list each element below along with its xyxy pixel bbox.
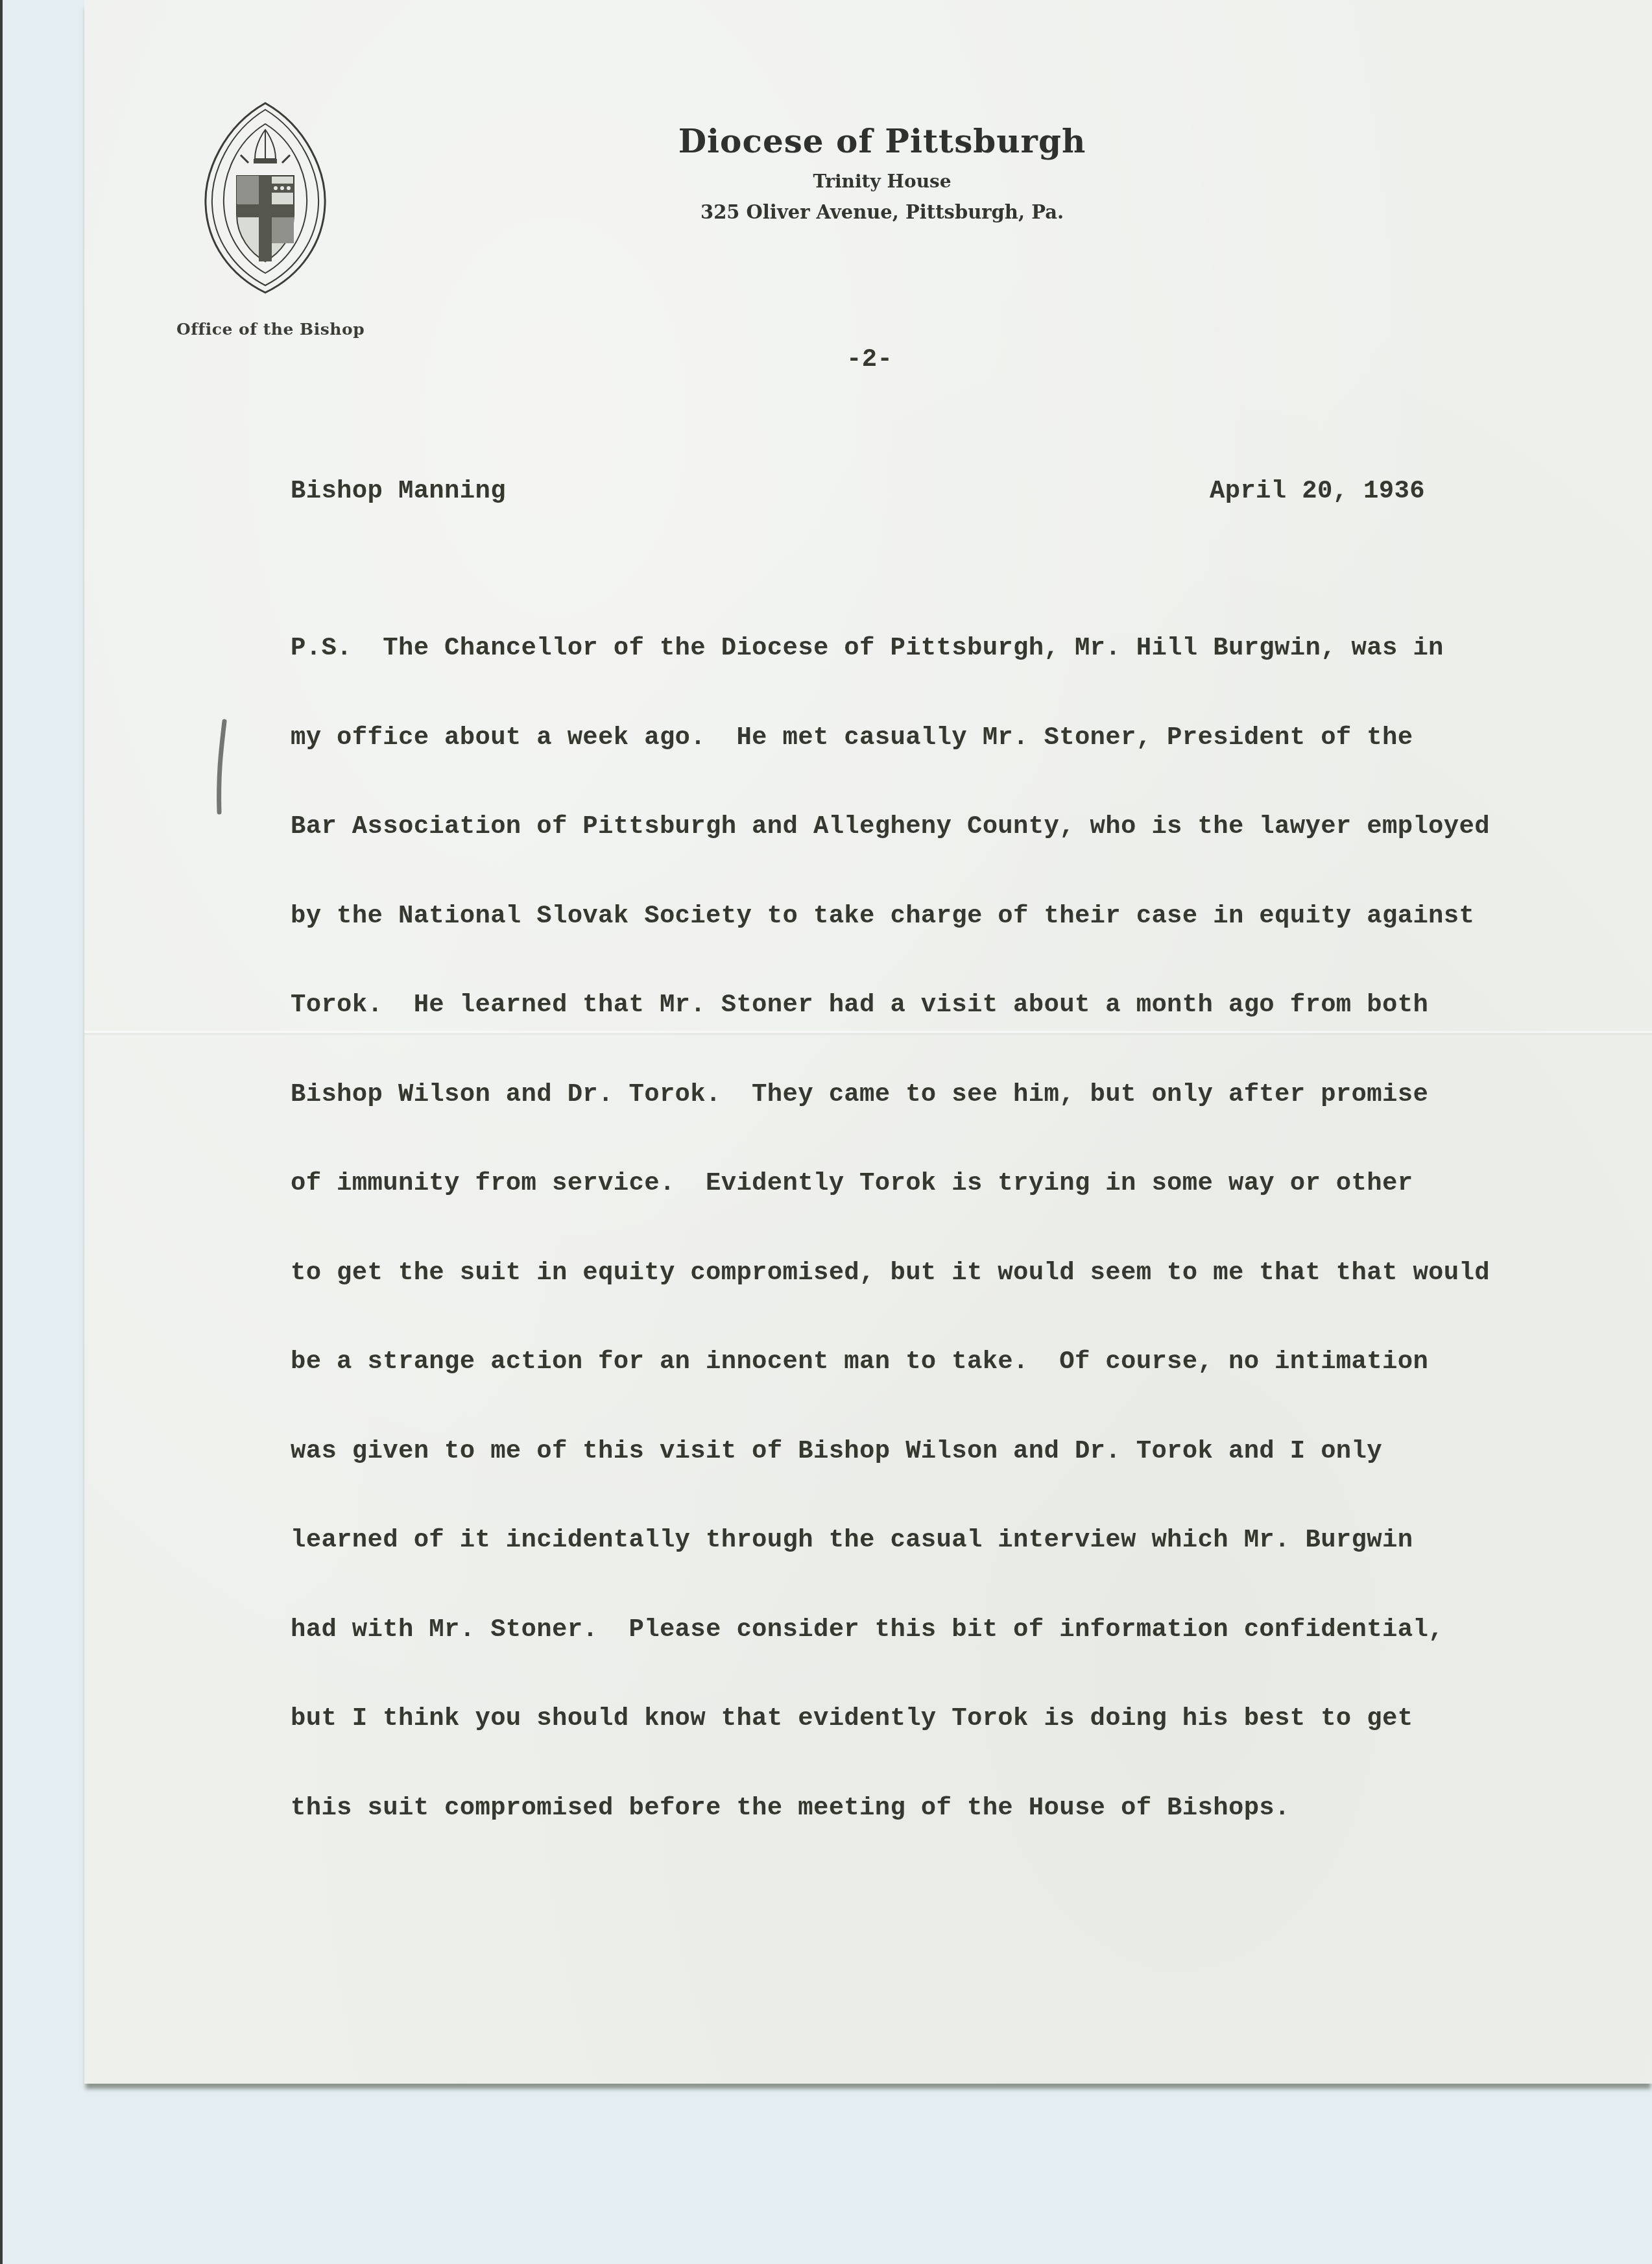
body-line: my office about a week ago. He met casua… [291,722,1490,754]
letter-date: April 20, 1936 [1210,477,1425,505]
office-of-bishop-label: Office of the Bishop [176,320,371,339]
letterhead-address: 325 Oliver Avenue, Pittsburgh, Pa. [649,201,1116,223]
pencil-margin-mark [211,719,231,816]
letter-body: P.S. The Chancellor of the Diocese of Pi… [291,575,1490,1853]
body-line: Bishop Wilson and Dr. Torok. They came t… [291,1079,1490,1111]
letterhead-subtitle: Trinity House [649,171,1116,192]
body-line: by the National Slovak Society to take c… [291,900,1490,933]
body-line: of immunity from service. Evidently Toro… [291,1168,1490,1200]
body-line: Bar Association of Pittsburgh and Allegh… [291,811,1490,843]
body-line: to get the suit in equity compromised, b… [291,1257,1490,1290]
body-line: this suit compromised before the meeting… [291,1792,1490,1825]
recipient: Bishop Manning [291,477,506,505]
body-line: but I think you should know that evident… [291,1703,1490,1735]
diocesan-seal-icon [203,101,328,295]
scanner-edge [0,0,3,2264]
page-number: -2- [846,345,892,374]
body-line: Torok. He learned that Mr. Stoner had a … [291,989,1490,1022]
body-line: had with Mr. Stoner. Please consider thi… [291,1614,1490,1646]
body-line: P.S. The Chancellor of the Diocese of Pi… [291,632,1490,665]
body-line: be a strange action for an innocent man … [291,1346,1490,1379]
body-line: was given to me of this visit of Bishop … [291,1436,1490,1468]
letterhead-title: Diocese of Pittsburgh [649,122,1116,160]
body-line: learned of it incidentally through the c… [291,1524,1490,1557]
